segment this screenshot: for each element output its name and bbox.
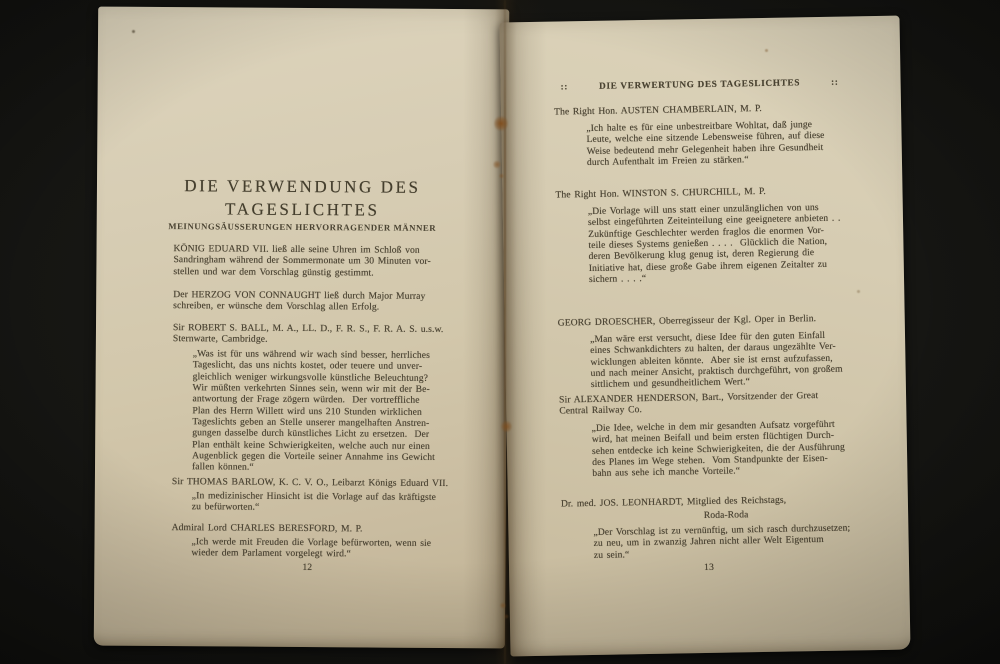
speaker-robert-ball: Sir ROBERT S. BALL, M. A., LL. D., F. R.… (173, 322, 445, 347)
speaker-winston-churchill: The Right Hon. WINSTON S. CHURCHILL, M. … (555, 184, 849, 200)
speaker-thomas-barlow: Sir THOMAS BARLOW, K. C. V. O., Leibarzt… (172, 476, 444, 489)
speaker-alexander-henderson: Sir ALEXANDER HENDERSON, Bart., Vorsitze… (559, 389, 853, 417)
page-number-left: 12 (171, 561, 443, 574)
quote-alexander-henderson: „Die Idee, welche in dem mir gesandten A… (592, 418, 859, 479)
header-mark-right: :: (831, 77, 839, 87)
page-subtitle: MEINUNGSÄUSSERUNGEN HERVORRAGENDER MÄNNE… (97, 221, 508, 234)
quote-thomas-barlow: „In medizinischer Hinsicht ist die Vorla… (192, 490, 444, 514)
book-photo: DIE VERWENDUNG DES TAGESLICHTES MEINUNGS… (0, 0, 1000, 664)
header-title: DIE VERWERTUNG DES TAGESLICHTES (599, 77, 800, 91)
speaker-austen-chamberlain: The Right Hon. AUSTEN CHAMBERLAIN, M. P. (554, 101, 848, 117)
running-header: :: DIE VERWERTUNG DES TAGESLICHTES :: (561, 77, 839, 92)
quote-georg-droescher: „Man wäre erst versucht, diese Idee für … (590, 329, 857, 390)
right-page: :: DIE VERWERTUNG DES TAGESLICHTES :: Th… (499, 16, 910, 657)
speaker-charles-beresford: Admiral Lord CHARLES BERESFORD, M. P. (172, 522, 444, 535)
quote-robert-ball: „Was ist für uns während wir wach sind b… (192, 348, 445, 475)
page-number-right: 13 (562, 559, 856, 575)
left-page: DIE VERWENDUNG DES TAGESLICHTES MEINUNGS… (94, 7, 509, 649)
header-mark-left: :: (561, 81, 569, 91)
quote-jos-leonhardt: „Der Vorschlag ist zu vernünftig, um sic… (593, 522, 860, 561)
speaker-georg-droescher: GEORG DROESCHER, Oberregisseur der Kgl. … (558, 312, 852, 328)
paragraph-herzog-connaught: Der HERZOG VON CONNAUGHT ließ durch Majo… (173, 289, 445, 314)
page-title-line2: TAGESLICHTES (97, 199, 508, 222)
speaker-jos-leonhardt-place: Roda-Roda (593, 507, 859, 523)
page-title-line1: DIE VERWENDUNG DES (97, 176, 508, 199)
quote-winston-churchill: „Die Vorlage will uns statt einer unzulä… (588, 201, 855, 285)
quote-austen-chamberlain: „Ich halte es für eine unbestreitbare Wo… (586, 118, 853, 168)
paragraph-koenig-eduard: KÖNIG EDUARD VII. ließ alle seine Uhren … (173, 243, 445, 279)
quote-charles-beresford: „Ich werde mit Freuden die Vorlage befür… (191, 536, 443, 560)
